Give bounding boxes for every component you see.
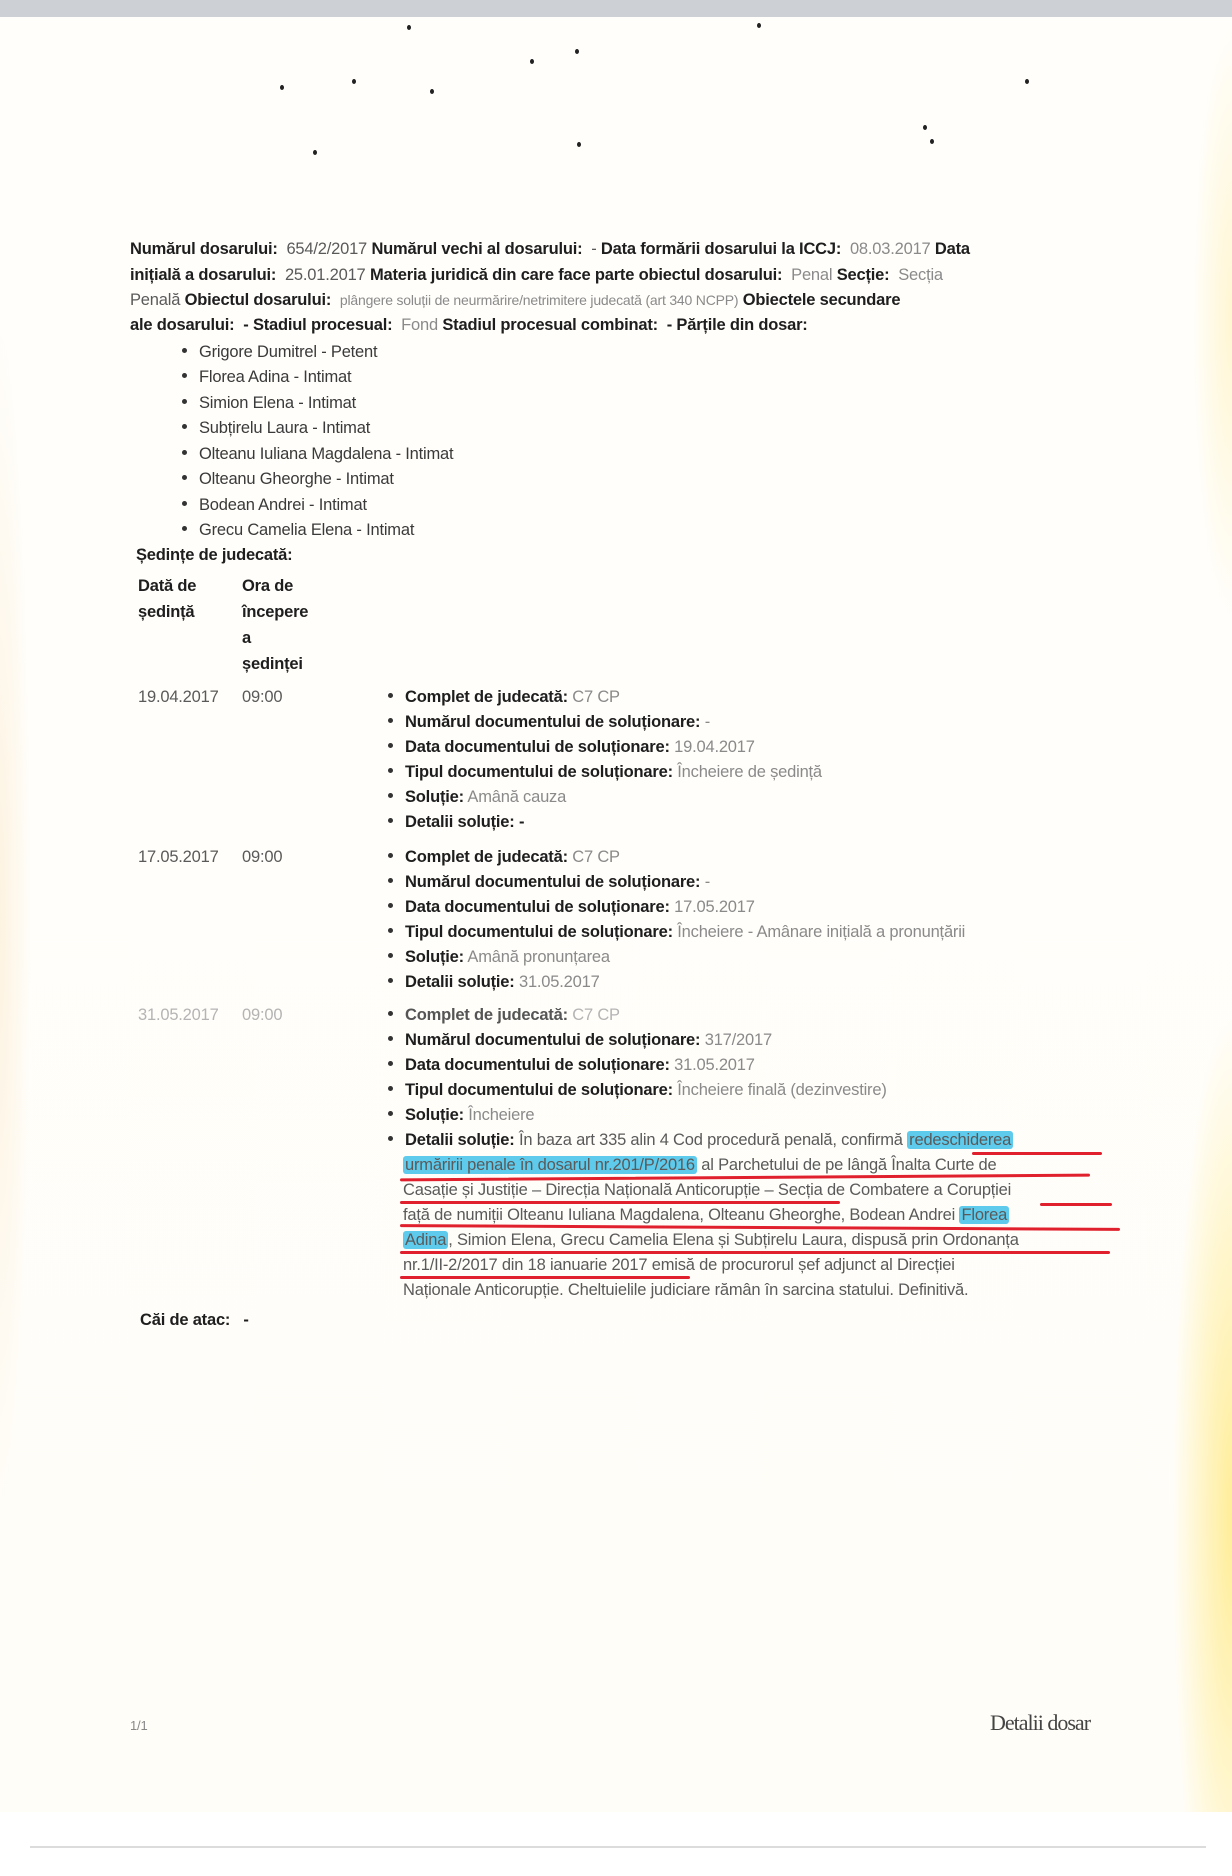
solution-details-line: Adina, Simion Elena, Grecu Camelia Elena… [403, 1231, 1019, 1250]
initial-date-label-cont: inițială a dosarului: [130, 266, 276, 284]
session-field: Soluție: Amână pronunțarea [388, 948, 610, 967]
party-item: Subțirelu Laura - Intimat [182, 419, 370, 438]
col-header-time-cont: ședinței [242, 655, 303, 674]
combined-stage: - [667, 316, 672, 334]
case-number-label: Numărul dosarului: [130, 240, 278, 258]
speck [313, 150, 317, 155]
bullet-icon [182, 399, 187, 404]
bullet-icon [388, 1086, 393, 1091]
solution-details-line: Casație și Justiție – Direcția Națională… [403, 1181, 1011, 1200]
formation-date-label: Data formării dosarului la ICCJ: [601, 240, 841, 258]
session-time: 09:00 [242, 848, 282, 867]
col-header-date-cont: ședință [138, 603, 194, 622]
legal-matter-label: Materia juridică din care face parte obi… [370, 266, 782, 284]
session-date: 31.05.2017 [138, 1006, 219, 1025]
solution-details-line: nr.1/II-2/2017 din 18 ianuarie 2017 emis… [403, 1256, 955, 1275]
speck [1025, 79, 1029, 84]
appeals-value: - [243, 1311, 248, 1329]
bullet-icon [182, 501, 187, 506]
bullet-icon [388, 1036, 393, 1041]
session-time: 09:00 [242, 688, 282, 707]
bullet-icon [182, 373, 187, 378]
header-line-1: Numărul dosarului: 654/2/2017 Numărul ve… [130, 240, 970, 259]
session-field: Tipul documentului de soluționare: Înche… [388, 923, 965, 942]
header-line-2: inițială a dosarului: 25.01.2017 Materia… [130, 266, 943, 285]
bullet-icon [388, 903, 393, 908]
session-date: 17.05.2017 [138, 848, 219, 867]
bullet-icon [388, 818, 393, 823]
footer-title: Detalii dosar [990, 1710, 1090, 1736]
red-underline-annotation [400, 1276, 690, 1279]
speck [575, 49, 579, 54]
case-object-label: Obiectul dosarului: [185, 291, 332, 309]
sessions-title: Ședințe de judecată: [136, 546, 292, 565]
procedural-stage-label: Stadiul procesual: [253, 316, 392, 334]
solution-details-line: Naționale Anticorupție. Cheltuielile jud… [403, 1281, 968, 1300]
page-number: 1/1 [130, 1718, 147, 1733]
session-field: Complet de judecată: C7 CP [388, 848, 620, 867]
formation-date: 08.03.2017 [850, 240, 931, 258]
speck [757, 23, 761, 28]
bullet-icon [388, 1061, 393, 1066]
solution-details-line: Detalii soluție: În baza art 335 alin 4 … [388, 1131, 1013, 1150]
procedural-stage: Fond [401, 316, 438, 334]
red-underline-annotation [1040, 1203, 1112, 1206]
bullet-icon [388, 743, 393, 748]
secondary-objects-label-cont: ale dosarului: [130, 316, 234, 334]
bullet-icon [388, 878, 393, 883]
bullet-icon [388, 1136, 393, 1141]
session-date: 19.04.2017 [138, 688, 219, 707]
session-field: Detalii soluție: 31.05.2017 [388, 973, 600, 992]
session-field: Numărul documentului de soluționare: 317… [388, 1031, 772, 1050]
top-bar [0, 0, 1232, 17]
red-underline-annotation [972, 1152, 1102, 1155]
highlighted-text: urmăririi penale în dosarul nr.201/P/201… [403, 1156, 697, 1174]
session-field: Numărul documentului de soluționare: - [388, 713, 710, 732]
party-item: Grecu Camelia Elena - Intimat [182, 521, 414, 540]
session-field: Data documentului de soluționare: 17.05.… [388, 898, 755, 917]
section-label: Secție: [837, 266, 890, 284]
party-item: Grigore Dumitrel - Petent [182, 343, 377, 362]
highlighted-text: Florea [959, 1206, 1009, 1224]
case-object: plângere soluții de neurmărire/netrimite… [340, 292, 738, 308]
bullet-icon [388, 978, 393, 983]
speck [930, 139, 934, 144]
highlighted-text: Adina [403, 1231, 448, 1249]
solution-details-line: față de numiții Olteanu Iuliana Magdalen… [403, 1206, 1009, 1225]
col-header-date: Dată de [138, 577, 196, 596]
section-value-cont: Penală [130, 291, 180, 309]
bullet-icon [388, 1011, 393, 1016]
session-field: Complet de judecată: C7 CP [388, 688, 620, 707]
bullet-icon [388, 793, 393, 798]
bullet-icon [388, 718, 393, 723]
speck [352, 79, 356, 84]
party-item: Florea Adina - Intimat [182, 368, 351, 387]
bullet-icon [182, 424, 187, 429]
session-field: Tipul documentului de soluționare: Înche… [388, 1081, 887, 1100]
session-field: Data documentului de soluționare: 31.05.… [388, 1056, 755, 1075]
combined-stage-label: Stadiul procesual combinat: [442, 316, 658, 334]
speck [280, 85, 284, 90]
secondary-objects-label: Obiectele secundare [743, 291, 901, 309]
appeals-label: Căi de atac: [140, 1311, 230, 1329]
legal-matter: Penal [791, 266, 832, 284]
session-field: Data documentului de soluționare: 19.04.… [388, 738, 755, 757]
speck [407, 25, 411, 30]
header-line-4: ale dosarului: - Stadiul procesual: Fond… [130, 316, 808, 335]
section-value: Secția [898, 266, 943, 284]
party-item: Olteanu Gheorghe - Intimat [182, 470, 394, 489]
initial-date-label: Data [935, 240, 970, 258]
red-underline-annotation [400, 1201, 840, 1204]
party-item: Bodean Andrei - Intimat [182, 496, 367, 515]
solution-details-line: urmăririi penale în dosarul nr.201/P/201… [403, 1156, 997, 1175]
bullet-icon [388, 693, 393, 698]
col-header-time-cont: începere [242, 603, 308, 622]
case-number: 654/2/2017 [286, 240, 367, 258]
session-field: Soluție: Încheiere [388, 1106, 534, 1125]
old-case-number-label: Numărul vechi al dosarului: [371, 240, 582, 258]
bullet-icon [182, 348, 187, 353]
parties-label: Părțile din dosar: [676, 316, 807, 334]
speck [530, 59, 534, 64]
bullet-icon [182, 526, 187, 531]
speck [430, 89, 434, 94]
header-line-3: Penală Obiectul dosarului: plângere solu… [130, 291, 900, 310]
session-field: Complet de judecată: C7 CP [388, 1006, 620, 1025]
initial-date: 25.01.2017 [285, 266, 366, 284]
speck [923, 125, 927, 130]
session-field: Numărul documentului de soluționare: - [388, 873, 710, 892]
red-underline-annotation [400, 1251, 1110, 1254]
col-header-time-cont: a [242, 629, 251, 648]
bullet-icon [388, 768, 393, 773]
session-field: Soluție: Amână cauza [388, 788, 566, 807]
col-header-time: Ora de [242, 577, 293, 596]
appeals-row: Căi de atac: - [140, 1311, 249, 1330]
party-item: Simion Elena - Intimat [182, 394, 356, 413]
bullet-icon [388, 853, 393, 858]
session-field: Detalii soluție: - [388, 813, 524, 832]
secondary-objects: - [243, 316, 248, 334]
speck [577, 142, 581, 147]
party-item: Olteanu Iuliana Magdalena - Intimat [182, 445, 453, 464]
highlighted-text: redeschiderea [907, 1131, 1013, 1149]
divider [30, 1846, 1206, 1848]
bullet-icon [182, 475, 187, 480]
session-field: Tipul documentului de soluționare: Înche… [388, 763, 822, 782]
bullet-icon [388, 1111, 393, 1116]
old-case-number: - [591, 240, 596, 258]
bullet-icon [388, 953, 393, 958]
session-time: 09:00 [242, 1006, 282, 1025]
bullet-icon [388, 928, 393, 933]
bullet-icon [182, 450, 187, 455]
